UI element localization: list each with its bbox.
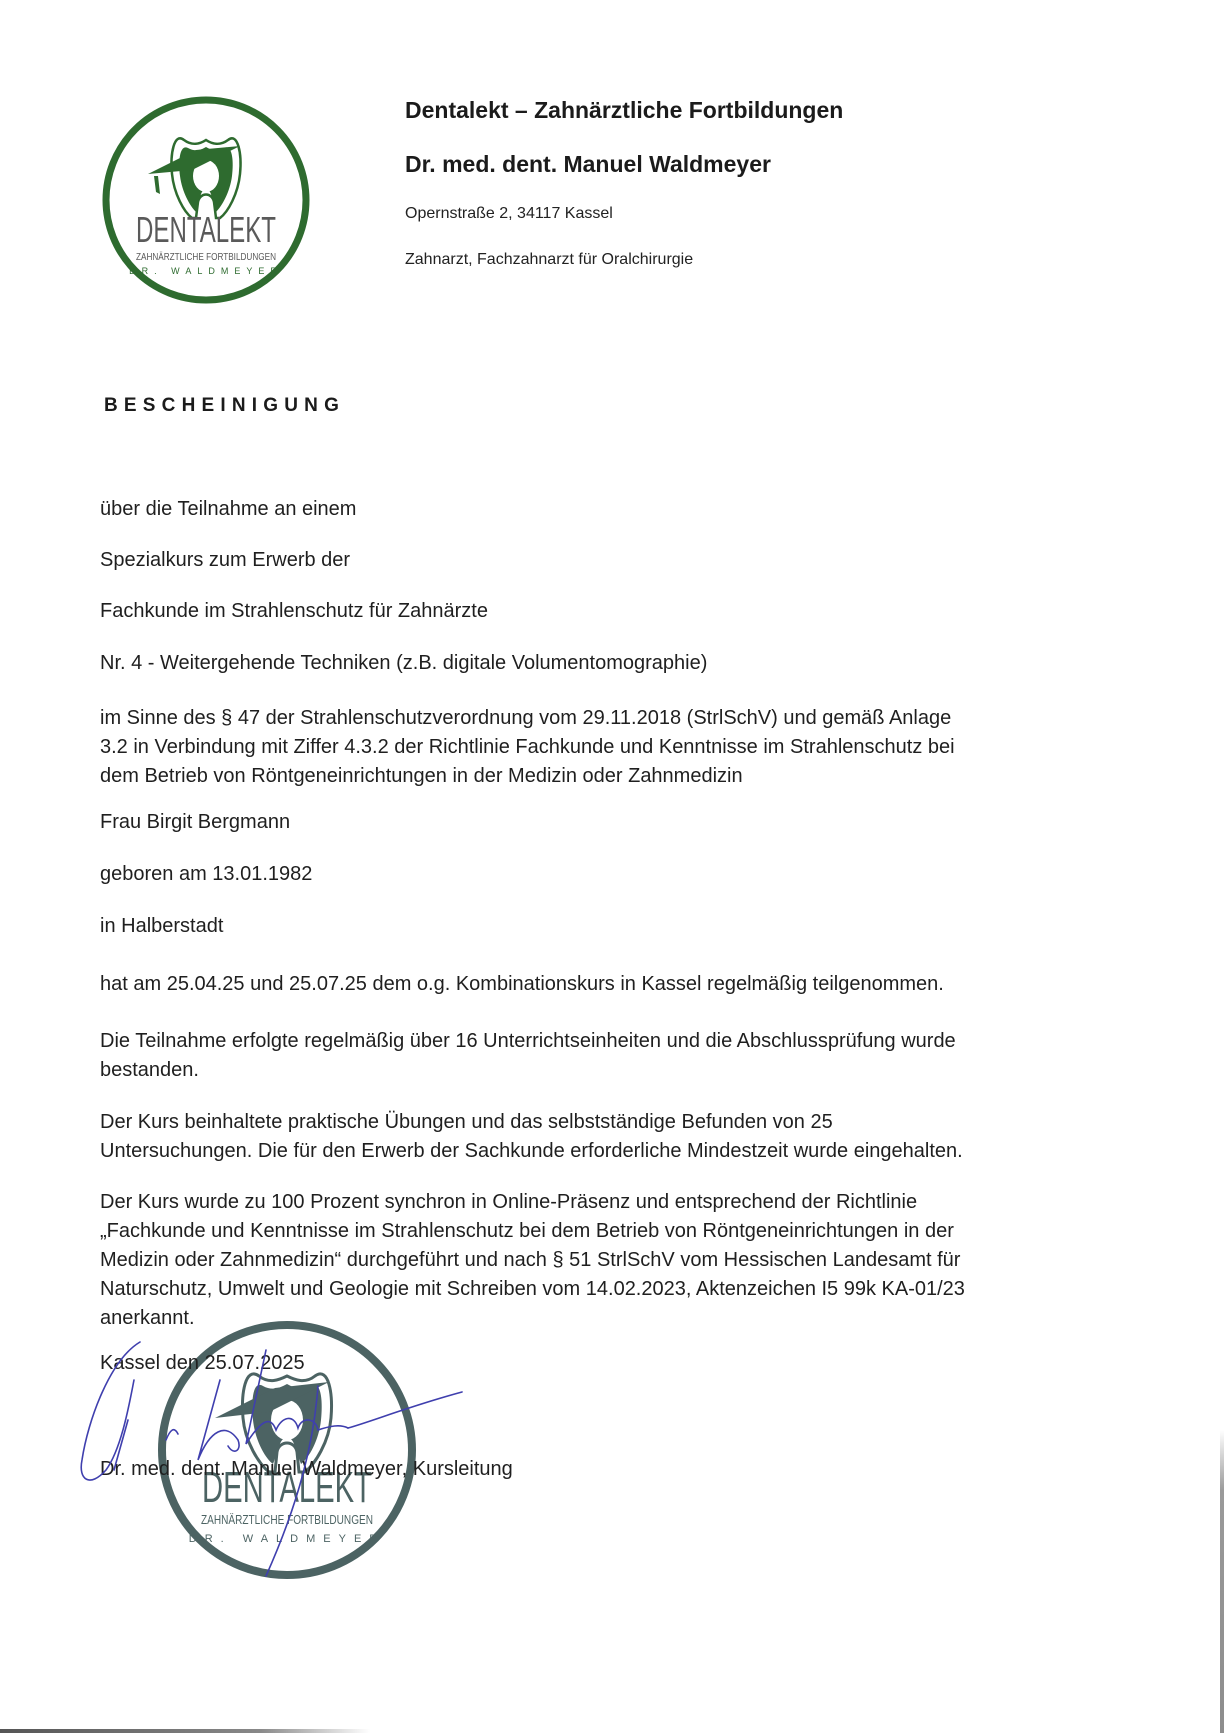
intro-line: über die Teilnahme an einem bbox=[100, 498, 356, 521]
logo-brand: DENTALEKT bbox=[136, 209, 276, 250]
legal-basis-paragraph: im Sinne des § 47 der Strahlenschutzvero… bbox=[100, 704, 1100, 791]
intro-line: Fachkunde im Strahlenschutz für Zahnärzt… bbox=[100, 600, 488, 623]
tooth-with-graduation-cap-icon: DENTALEKT ZAHNÄRZTLICHE FORTBILDUNGEN DR… bbox=[100, 94, 312, 306]
logo-subtitle: ZAHNÄRZTLICHE FORTBILDUNGEN bbox=[136, 251, 276, 263]
logo-owner: DR. WALDMEYER bbox=[129, 266, 283, 276]
participant-birthplace: in Halberstadt bbox=[100, 915, 223, 938]
scan-edge-right bbox=[1220, 1430, 1224, 1733]
address: Opernstraße 2, 34117 Kassel bbox=[405, 205, 613, 223]
participant-name: Frau Birgit Bergmann bbox=[100, 811, 290, 834]
course-number: Nr. 4 - Weitergehende Techniken (z.B. di… bbox=[100, 652, 707, 675]
doctor-role: Zahnarzt, Fachzahnarzt für Oralchirurgie bbox=[405, 251, 693, 269]
dentalekt-logo: DENTALEKT ZAHNÄRZTLICHE FORTBILDUNGEN DR… bbox=[100, 94, 312, 306]
doctor-name: Dr. med. dent. Manuel Waldmeyer bbox=[405, 151, 771, 178]
org-title: Dentalekt – Zahnärztliche Fortbildungen bbox=[405, 97, 843, 124]
recognition-paragraph: Der Kurs wurde zu 100 Prozent synchron i… bbox=[100, 1188, 1100, 1333]
signature-icon bbox=[70, 1330, 490, 1590]
exam-paragraph: Die Teilnahme erfolgte regelmäßig über 1… bbox=[100, 1027, 1100, 1085]
intro-line: Spezialkurs zum Erwerb der bbox=[100, 549, 350, 572]
attendance-statement: hat am 25.04.25 und 25.07.25 dem o.g. Ko… bbox=[100, 973, 944, 996]
practice-paragraph: Der Kurs beinhaltete praktische Übungen … bbox=[100, 1108, 1100, 1166]
scan-edge-bottom bbox=[0, 1729, 370, 1733]
participant-birthdate: geboren am 13.01.1982 bbox=[100, 863, 312, 886]
handwritten-signature bbox=[70, 1330, 490, 1590]
document-title: BESCHEINIGUNG bbox=[104, 395, 345, 417]
